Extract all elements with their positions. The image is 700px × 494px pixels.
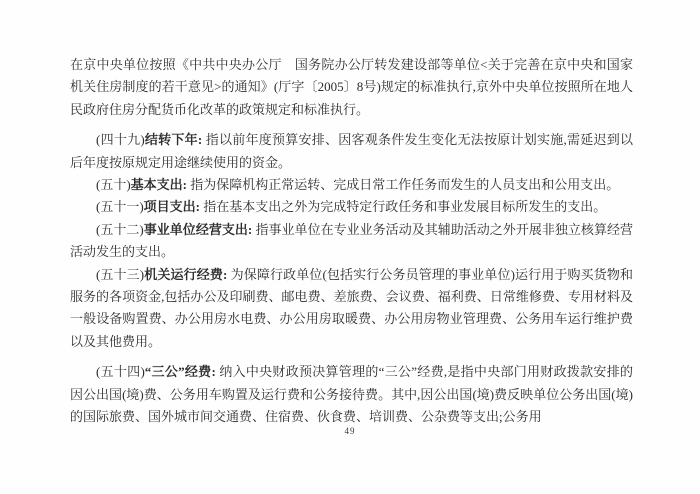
clause-term: 结转下年: [145, 132, 203, 147]
clause-body: 指为保障机构正常运转、完成日常工作任务而发生的人员支出和公用支出。 [190, 177, 619, 192]
paragraph-clause-52: (五十二)事业单位经营支出: 指事业单位在专业业务活动及其辅助活动之外开展非独立… [70, 219, 633, 264]
clause-term: 项目支出: [144, 199, 200, 214]
page-number: 49 [0, 426, 700, 436]
paragraph-clause-54: (五十四)“三公”经费: 纳入中央财政预决算管理的“三公”经费,是指中央部门用财… [70, 361, 633, 428]
document-page: 在京中央单位按照《中共中央办公厅 国务院办公厅转发建设部等单位<关于完善在京中央… [0, 0, 700, 494]
clause-number: (五十四) [96, 364, 145, 379]
paragraph-clause-49: (四十九)结转下年: 指以前年度预算安排、因客观条件发生变化无法按原计划实施,需… [70, 129, 633, 174]
clause-number: (五十三) [96, 267, 144, 282]
paragraph-clause-50: (五十)基本支出: 指为保障机构正常运转、完成日常工作任务而发生的人员支出和公用… [70, 174, 633, 196]
clause-body: 指在基本支出之外为完成特定行政任务和事业发展目标所发生的支出。 [203, 199, 606, 214]
paragraph-clause-51: (五十一)项目支出: 指在基本支出之外为完成特定行政任务和事业发展目标所发生的支… [70, 196, 633, 218]
clause-number: (五十) [96, 177, 131, 192]
clause-term: “三公”经费: [145, 364, 216, 379]
clause-number: (四十九) [96, 132, 145, 147]
clause-number: (五十一) [96, 199, 144, 214]
paragraph-clause-53: (五十三)机关运行经费: 为保障行政单位(包括实行公务员管理的事业单位)运行用于… [70, 264, 633, 354]
paragraph-continuation: 在京中央单位按照《中共中央办公厅 国务院办公厅转发建设部等单位<关于完善在京中央… [70, 54, 633, 121]
clause-term: 机关运行经费: [144, 267, 227, 282]
page-body: 在京中央单位按照《中共中央办公厅 国务院办公厅转发建设部等单位<关于完善在京中央… [70, 54, 633, 429]
clause-number: (五十二) [96, 222, 144, 237]
clause-body: 在京中央单位按照《中共中央办公厅 国务院办公厅转发建设部等单位<关于完善在京中央… [70, 57, 633, 117]
clause-term: 基本支出: [131, 177, 187, 192]
clause-term: 事业单位经营支出: [144, 222, 252, 237]
